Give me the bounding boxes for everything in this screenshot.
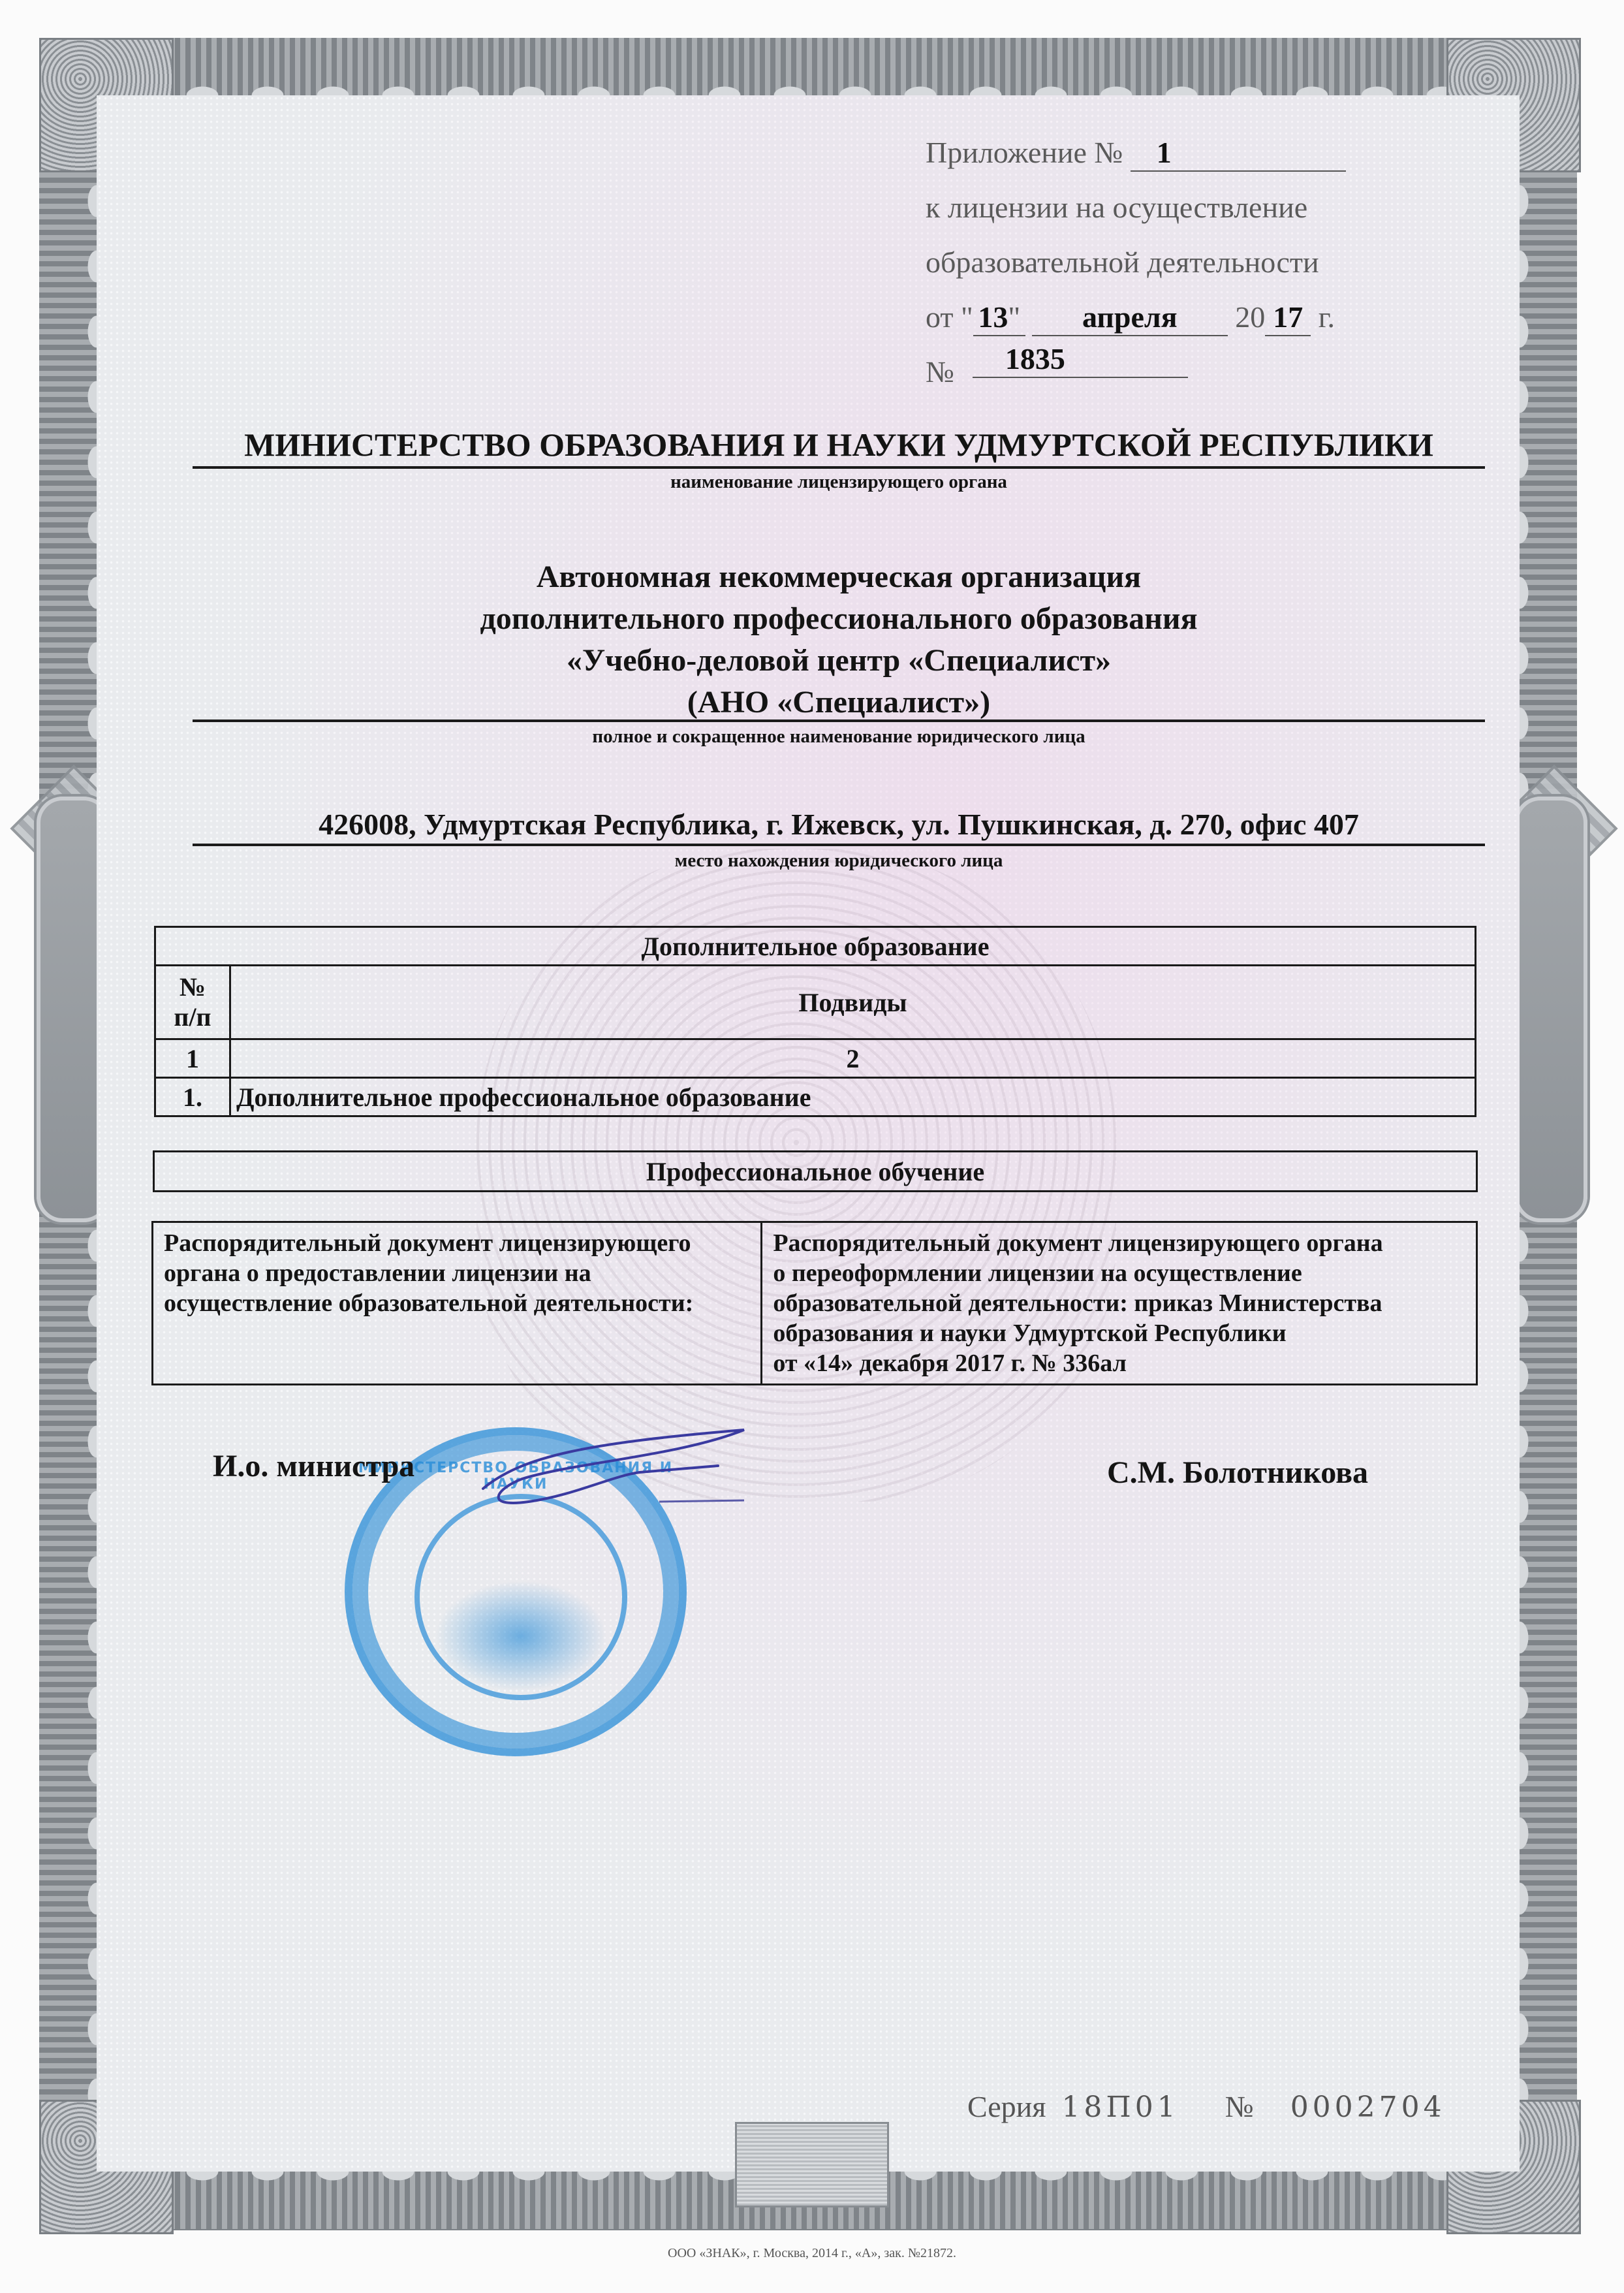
column-header-number: № п/п	[155, 966, 230, 1039]
serial-number-label: №	[1225, 2090, 1254, 2123]
index-cell: 1	[155, 1039, 230, 1078]
organization-line: «Учебно-деловой центр «Специалист»	[193, 640, 1485, 682]
date-day: 13"	[973, 300, 1025, 336]
table-title: Профессиональное обучение	[154, 1152, 1477, 1192]
appendix-line-2: к лицензии на осуществление	[926, 180, 1382, 235]
hologram-icon	[735, 2122, 889, 2207]
reissue-order-cell: Распорядительный документ лицензирующего…	[762, 1222, 1477, 1385]
license-number: 1835	[973, 341, 1188, 378]
orders-table: Распорядительный документ лицензирующего…	[151, 1221, 1478, 1385]
appendix-number: 1	[1131, 135, 1346, 172]
row-subtype: Дополнительное профессиональное образова…	[230, 1078, 1476, 1116]
side-cartouche-icon	[1514, 797, 1587, 1222]
year-prefix: 20	[1235, 300, 1265, 334]
form-series: Серия18П01№0002704	[967, 2089, 1446, 2124]
border-top-ornament	[39, 38, 1577, 95]
organization-line: дополнительного профессионального образо…	[193, 598, 1485, 640]
divider	[193, 720, 1485, 722]
row-number: 1.	[155, 1078, 230, 1116]
divider	[193, 844, 1485, 846]
appendix-label: Приложение №	[926, 136, 1123, 169]
signatory-name: С.М. Болотникова	[1107, 1455, 1368, 1491]
date-month: апреля	[1032, 300, 1228, 336]
professional-training-table: Профессиональное обучение	[153, 1150, 1478, 1192]
organization-line: (АНО «Специалист»)	[193, 682, 1485, 723]
additional-education-table: Дополнительное образование № п/п Подвиды…	[154, 926, 1476, 1117]
license-number-row: №1835	[926, 345, 1382, 400]
organization-line: Автономная некоммерческая организация	[193, 556, 1485, 598]
appendix-header: Приложение № 1 к лицензии на осуществлен…	[926, 125, 1382, 400]
grant-order-cell: Распорядительный документ лицензирующего…	[153, 1222, 762, 1385]
organization-caption: полное и сокращенное наименование юридич…	[193, 726, 1485, 748]
appendix-number-row: Приложение № 1	[926, 125, 1382, 180]
serial-number: 0002704	[1290, 2091, 1446, 2124]
divider	[193, 466, 1485, 469]
license-number-label: №	[926, 355, 954, 388]
table-row: 1. Дополнительное профессиональное образ…	[155, 1078, 1476, 1116]
legal-address: 426008, Удмуртская Республика, г. Ижевск…	[193, 807, 1485, 842]
series-label: Серия	[967, 2090, 1046, 2123]
udmurt-emblem-icon	[414, 1494, 627, 1700]
printer-imprint: ООО «ЗНАК», г. Москва, 2014 г., «А», зак…	[0, 2246, 1624, 2261]
column-header-subtypes: Подвиды	[230, 966, 1476, 1039]
licensing-body-caption: наименование лицензирующего органа	[193, 471, 1485, 493]
series-value: 18П01	[1061, 2091, 1179, 2124]
signatory-position: И.о. министра	[213, 1448, 414, 1484]
date-prefix: от "	[926, 300, 973, 334]
appendix-date-row: от "13"апреля 2017 г.	[926, 290, 1382, 345]
date-year: 17	[1265, 300, 1311, 336]
index-cell: 2	[230, 1039, 1476, 1078]
licensing-body-name: МИНИСТЕРСТВО ОБРАЗОВАНИЯ И НАУКИ УДМУРТС…	[193, 426, 1485, 464]
address-caption: место нахождения юридического лица	[193, 850, 1485, 872]
handwritten-signature-icon	[444, 1417, 757, 1515]
year-unit: г.	[1319, 300, 1335, 334]
appendix-line-3: образовательной деятельности	[926, 235, 1382, 290]
organization-name: Автономная некоммерческая организация до…	[193, 556, 1485, 723]
table-title: Дополнительное образование	[155, 927, 1476, 966]
